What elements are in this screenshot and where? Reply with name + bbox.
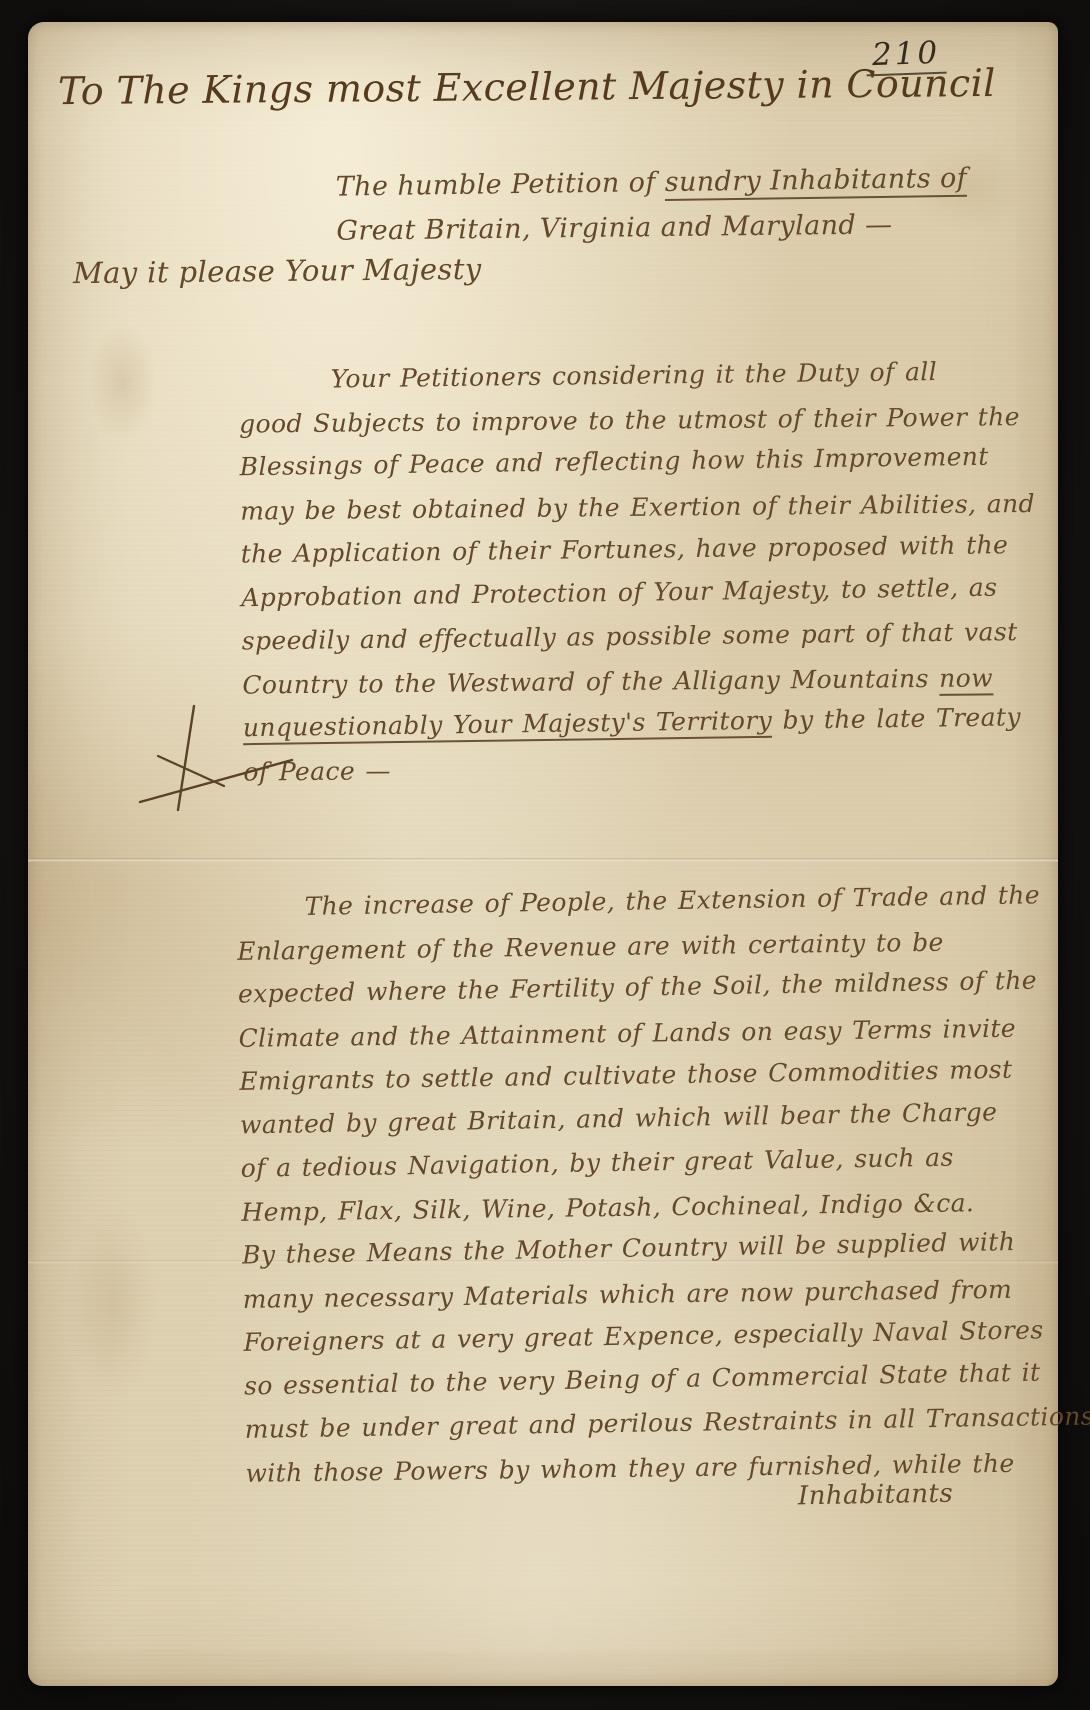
manuscript-line: The humble Petition of sundry Inhabitant… [335,153,996,206]
underlined-text: unquestionably Your Majesty's Territory [243,706,773,745]
manuscript-text: By these Means the Mother Country will b… [242,1227,1016,1269]
manuscript-line: may be best obtained by the Exertion of … [240,482,985,533]
manuscript-text: good Subjects to improve to the utmost o… [239,402,1020,438]
petition-subheading: The humble Petition of sundry Inhabitant… [335,153,996,249]
manuscript-text: expected where the Fertility of the Soil… [238,966,1038,1009]
manuscript-text: Blessings of Peace and reflecting how th… [239,442,988,481]
manuscript-text: speedily and effectually as possible som… [242,617,1018,655]
manuscript-text: Your Petitioners considering it the Duty… [330,357,937,393]
manuscript-text: of a tedious Navigation, by their great … [240,1143,953,1183]
manuscript-line: of Peace — [243,743,988,794]
petition-heading: To The Kings most Excellent Majesty in C… [58,60,1008,114]
margin-insertion-mark-icon [132,698,302,818]
manuscript-text: Country to the Westward of the Alligany … [242,663,939,699]
petition-paragraph-1: Your Petitioners considering it the Duty… [238,349,988,793]
manuscript-text: Approbation and Protection of Your Majes… [241,572,997,612]
manuscript-text: may be best obtained by the Exertion of … [240,488,1035,525]
manuscript-text: The humble Petition of [336,167,665,203]
manuscript-text: many necessary Materials which are now p… [243,1274,1013,1313]
manuscript-line: many necessary Materials which are now p… [242,1268,988,1321]
manuscript-text: Hemp, Flax, Silk, Wine, Potash, Cochinea… [241,1188,974,1227]
manuscript-text: Emigrants to settle and cultivate those … [239,1055,1013,1096]
manuscript-page: 210 To The Kings most Excellent Majesty … [28,22,1058,1686]
petition-paragraph-2: The increase of People, the Extension of… [236,874,990,1495]
manuscript-text: by the late Treaty [772,702,1021,734]
manuscript-line: Great Britain, Virginia and Maryland — [336,199,996,250]
manuscript-line: Blessings of Peace and reflecting how th… [239,435,985,489]
catchword: Inhabitants [798,1479,954,1512]
manuscript-line: Climate and the Attainment of Lands on e… [238,1007,984,1060]
manuscript-text: so essential to the very Being of a Comm… [244,1357,1041,1400]
manuscript-text: The increase of People, the Extension of… [304,880,1040,921]
manuscript-text: the Application of their Fortunes, have … [241,530,1009,568]
manuscript-line: speedily and effectually as possible som… [242,610,987,663]
manuscript-line: unquestionably Your Majesty's Territory … [243,696,989,750]
salutation: May it please Your Majesty [73,252,482,290]
manuscript-text: wanted by great Britain, and which will … [240,1097,998,1139]
underlined-text: now [939,663,993,696]
underlined-text: sundry Inhabitants of [665,163,968,201]
manuscript-text: Great Britain, Virginia and Maryland — [336,209,892,246]
fold-crease [28,858,1058,862]
paper-stain [88,322,158,442]
manuscript-text: must be under great and perilous Restrai… [245,1401,1090,1443]
manuscript-text: Climate and the Attainment of Lands on e… [238,1013,1016,1052]
manuscript-text: Foreigners at a very great Expence, espe… [243,1315,1044,1357]
paper-stain [68,1202,158,1402]
photo-background: 210 To The Kings most Excellent Majesty … [0,0,1090,1710]
manuscript-text: Enlargement of the Revenue are with cert… [237,927,944,965]
manuscript-line: Your Petitioners considering it the Duty… [238,349,983,402]
